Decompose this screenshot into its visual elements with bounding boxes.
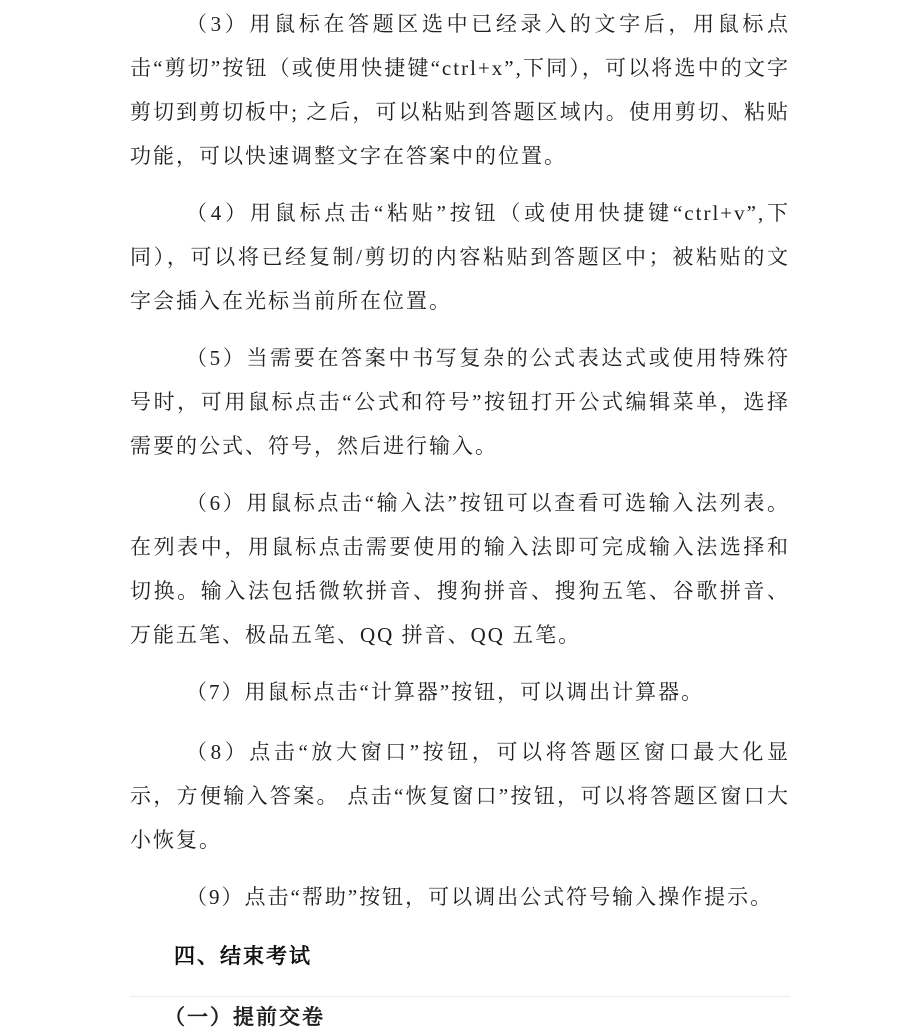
document-page: （3）用鼠标在答题区选中已经录入的文字后，用鼠标点击“剪切”按钮（或使用快捷键“… bbox=[0, 0, 900, 1035]
paragraph-6-input-methods: （6）用鼠标点击“输入法”按钮可以查看可选输入法列表。在列表中，用鼠标点击需要使… bbox=[130, 481, 790, 657]
text-column: （3）用鼠标在答题区选中已经录入的文字后，用鼠标点击“剪切”按钮（或使用快捷键“… bbox=[130, 2, 790, 1035]
paragraph-3-cut-function: （3）用鼠标在答题区选中已经录入的文字后，用鼠标点击“剪切”按钮（或使用快捷键“… bbox=[130, 2, 790, 178]
subsection-heading-early-submit: （一）提前交卷 bbox=[130, 995, 790, 1035]
section-heading-end-exam: 四、结束考试 bbox=[130, 935, 790, 979]
page-divider-line bbox=[130, 996, 790, 997]
paragraph-9-help-button: （9）点击“帮助”按钮，可以调出公式符号输入操作提示。 bbox=[130, 875, 790, 919]
paragraph-5-formula-symbols: （5）当需要在答案中书写复杂的公式表达式或使用特殊符号时，可用鼠标点击“公式和符… bbox=[130, 336, 790, 468]
paragraph-7-calculator: （7）用鼠标点击“计算器”按钮，可以调出计算器。 bbox=[130, 670, 790, 714]
paragraph-8-window-resize: （8）点击“放大窗口”按钮，可以将答题区窗口最大化显示，方便输入答案。 点击“恢… bbox=[130, 730, 790, 862]
paragraph-4-paste-function: （4）用鼠标点击“粘贴”按钮（或使用快捷键“ctrl+v”,下同），可以将已经复… bbox=[130, 191, 790, 323]
